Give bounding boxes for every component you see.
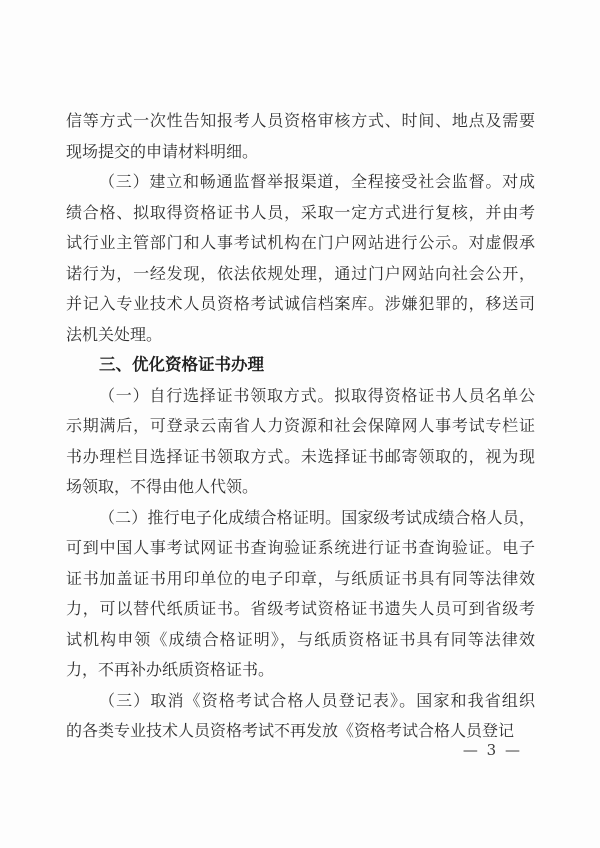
text-line: （一）自行选择证书领取方式。拟取得资格证书人员名单公 [66,381,535,412]
text-line: 场领取，不得由他人代领。 [66,472,535,503]
text-line: 示期满后，可登录云南省人力资源和社会保障网人事考试专栏证 [66,411,535,442]
text-line: 书办理栏目选择证书领取方式。未选择证书邮寄领取的，视为现 [66,442,535,473]
text-line: （三）建立和畅通监督举报渠道，全程接受社会监督。对成 [66,167,535,198]
page-number: — 3 — [463,740,522,760]
text-line: 绩合格、拟取得资格证书人员，采取一定方式进行复核，并由考 [66,198,535,229]
section-heading: 三、优化资格证书办理 [66,350,535,381]
text-line: 信等方式一次性告知报考人员资格审核方式、时间、地点及需要 [66,106,535,137]
text-line: （三）取消《资格考试合格人员登记表》。国家和我省组织 [66,686,535,717]
text-line: 试机构申领《成绩合格证明》，与纸质资格证书具有同等法律效 [66,625,535,656]
text-line: （二）推行电子化成绩合格证明。国家级考试成绩合格人员， [66,503,535,534]
text-line: 法机关处理。 [66,320,535,351]
document-body: 信等方式一次性告知报考人员资格审核方式、时间、地点及需要现场提交的申请材料明细。… [66,106,535,747]
document-page: 信等方式一次性告知报考人员资格审核方式、时间、地点及需要现场提交的申请材料明细。… [0,0,600,848]
text-line: 力，可以替代纸质证书。省级考试资格证书遗失人员可到省级考 [66,594,535,625]
text-line: 现场提交的申请材料明细。 [66,137,535,168]
text-line: 证书加盖证书用印单位的电子印章，与纸质证书具有同等法律效 [66,564,535,595]
text-line: 诺行为，一经发现，依法依规处理，通过门户网站向社会公开， [66,259,535,290]
text-line: 可到中国人事考试网证书查询验证系统进行证书查询验证。电子 [66,533,535,564]
text-line: 试行业主管部门和人事考试机构在门户网站进行公示。对虚假承 [66,228,535,259]
text-line: 力，不再补办纸质资格证书。 [66,655,535,686]
text-line: 并记入专业技术人员资格考试诚信档案库。涉嫌犯罪的，移送司 [66,289,535,320]
